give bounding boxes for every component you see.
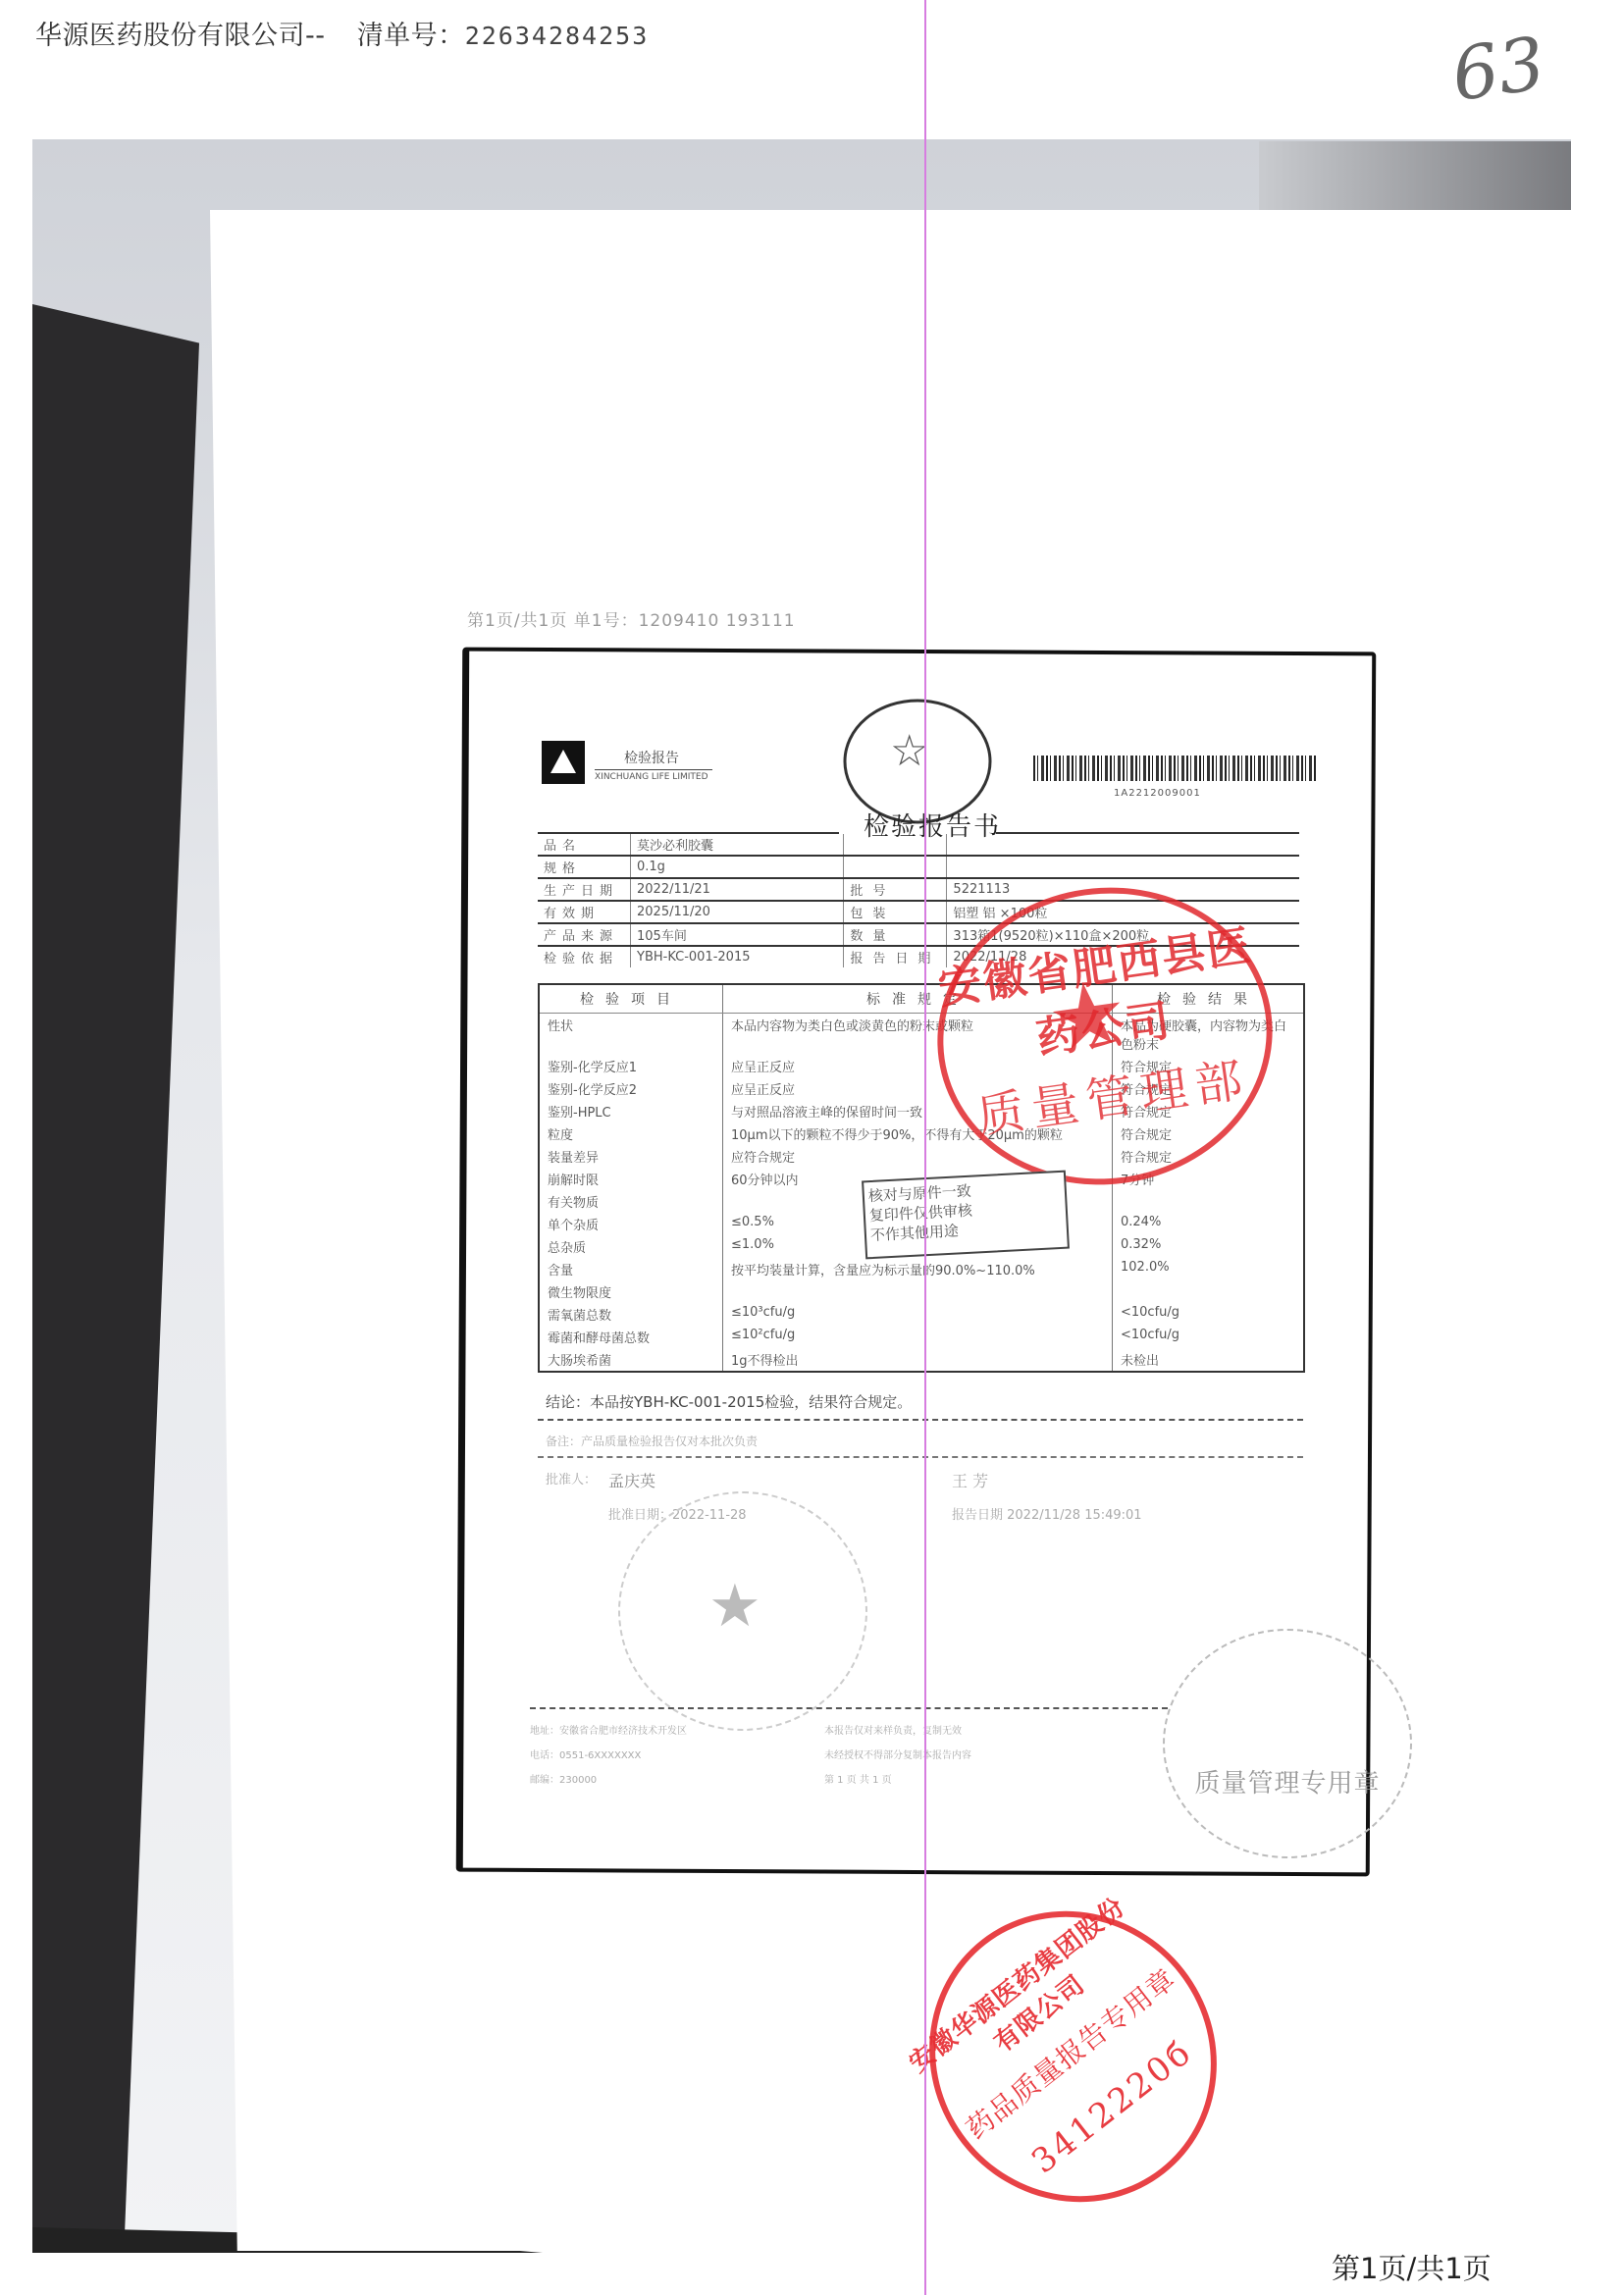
- approver-label: 批准人：: [546, 1469, 597, 1487]
- test-result: 0.32%: [1113, 1235, 1305, 1258]
- handwritten-page-number: 63: [1446, 22, 1549, 118]
- right-margin: [1571, 0, 1624, 2295]
- test-result: [1113, 1190, 1305, 1213]
- quality-management-stamp: 质量管理专用章: [1163, 1629, 1412, 1858]
- table-row: 微生物限度: [539, 1280, 1304, 1303]
- vertical-guide-line: [924, 0, 926, 2295]
- divider: [538, 1419, 1303, 1421]
- test-item: 需氧菌总数: [539, 1303, 723, 1326]
- remark: 备注：产品质量检验报告仅对本批次负责: [546, 1433, 758, 1449]
- company-logo-icon: [542, 741, 585, 784]
- company-name: 华源医药股份有限公司--: [35, 21, 326, 51]
- test-standard: 按平均装量计算，含量应为标示量的90.0%~110.0%: [723, 1258, 1113, 1280]
- inspector-name: 王 芳: [952, 1469, 988, 1491]
- test-standard: [723, 1280, 1113, 1303]
- report-footer-line: 电话：0551-6XXXXXXX: [530, 1747, 641, 1761]
- info-label: 品名: [538, 833, 631, 856]
- test-result: <10cfu/g: [1113, 1326, 1305, 1348]
- star-icon: ★: [1041, 960, 1134, 1072]
- test-item: 有关物质: [539, 1190, 723, 1213]
- report-footer-line: 邮编：230000: [530, 1771, 597, 1786]
- info-label: 规格: [538, 856, 631, 878]
- report-title: 检验报告书: [864, 807, 1001, 843]
- star-icon: ☆: [890, 726, 928, 776]
- test-result: [1113, 1280, 1305, 1303]
- info-value: [947, 856, 1299, 878]
- page-indicator: 第1页/共1页: [1332, 2247, 1492, 2287]
- info-label: 产品来源: [538, 923, 631, 946]
- test-item: 鉴别-化学反应2: [539, 1077, 723, 1100]
- test-item: 鉴别-HPLC: [539, 1100, 723, 1122]
- test-item: 总杂质: [539, 1235, 723, 1258]
- info-value: 2022/11/21: [631, 878, 844, 901]
- test-item: 含量: [539, 1258, 723, 1280]
- test-item: 性状: [539, 1014, 723, 1056]
- report-date: 报告日期 2022/11/28 15:49:01: [952, 1504, 1142, 1523]
- table-row: 需氧菌总数≤10³cfu/g<10cfu/g: [539, 1303, 1304, 1326]
- info-label: 有效期: [538, 901, 631, 923]
- logo-subtitle: XINCHUANG LIFE LIMITED: [595, 769, 712, 782]
- test-result: 0.24%: [1113, 1213, 1305, 1235]
- stamp-text: 质量管理专用章: [1165, 1763, 1410, 1799]
- test-item: 鉴别-化学反应1: [539, 1055, 723, 1077]
- test-item: 粒度: [539, 1122, 723, 1145]
- list-label: 清单号：: [357, 21, 465, 51]
- copy-verification-stamp: 核对与原件一致 复印件仅供审核 不作其他用途: [862, 1171, 1070, 1260]
- info-value: 莫沙必利胶囊: [631, 833, 844, 856]
- page-header: 华源医药股份有限公司-- 清单号：22634284253: [35, 14, 649, 52]
- report-footer-line: 本报告仅对来样负责，复制无效: [824, 1722, 962, 1737]
- info-label: 检验依据: [538, 946, 631, 967]
- test-standard: ≤10²cfu/g: [723, 1326, 1113, 1348]
- divider: [538, 1456, 1303, 1458]
- test-result: 未检出: [1113, 1348, 1305, 1372]
- test-item: 装量差异: [539, 1145, 723, 1168]
- info-label: 批号: [844, 878, 947, 901]
- barcode-number: 1A2212009001: [1114, 788, 1201, 799]
- info-row: 生产日期2022/11/21批号5221113: [538, 878, 1299, 901]
- table-row: 霉菌和酵母菌总数≤10²cfu/g<10cfu/g: [539, 1326, 1304, 1348]
- report-footer-line: 第 1 页 共 1 页: [824, 1771, 892, 1786]
- table-row: 含量按平均装量计算，含量应为标示量的90.0%~110.0%102.0%: [539, 1258, 1304, 1280]
- info-label: 数量: [844, 923, 947, 946]
- test-item: 微生物限度: [539, 1280, 723, 1303]
- logo-title: 检验报告: [624, 748, 679, 767]
- test-item: 大肠埃希菌: [539, 1348, 723, 1372]
- report-footer-line: 地址：安徽省合肥市经济技术开发区: [530, 1722, 687, 1737]
- info-value: 0.1g: [631, 856, 844, 878]
- info-value: 2025/11/20: [631, 901, 844, 923]
- star-icon: ★: [708, 1572, 761, 1641]
- test-standard: 1g不得检出: [723, 1348, 1113, 1372]
- info-value: YBH-KC-001-2015: [631, 946, 844, 967]
- test-standard: ≤10³cfu/g: [723, 1303, 1113, 1326]
- test-result: <10cfu/g: [1113, 1303, 1305, 1326]
- table-row: 大肠埃希菌1g不得检出未检出: [539, 1348, 1304, 1372]
- report-top-line: 第1页/共1页 单1号：1209410 193111: [467, 606, 796, 631]
- list-number: 22634284253: [465, 22, 650, 50]
- conclusion: 结论：本品按YBH-KC-001-2015检验，结果符合规定。: [546, 1391, 912, 1412]
- info-label: 生产日期: [538, 878, 631, 901]
- test-result: 102.0%: [1113, 1258, 1305, 1280]
- info-row: 规格0.1g: [538, 856, 1299, 878]
- faded-company-stamp: ★: [618, 1491, 867, 1731]
- test-item: 霉菌和酵母菌总数: [539, 1326, 723, 1348]
- test-item: 崩解时限: [539, 1168, 723, 1190]
- approver-name: 孟庆英: [608, 1469, 655, 1491]
- column-header: 检验项目: [539, 984, 723, 1014]
- info-value: 105车间: [631, 923, 844, 946]
- info-label: [844, 856, 947, 878]
- info-label: 包装: [844, 901, 947, 923]
- test-item: 单个杂质: [539, 1213, 723, 1235]
- barcode: [1033, 756, 1318, 781]
- report-footer-line: 未经授权不得部分复制本报告内容: [824, 1747, 971, 1761]
- divider: [530, 1707, 1168, 1709]
